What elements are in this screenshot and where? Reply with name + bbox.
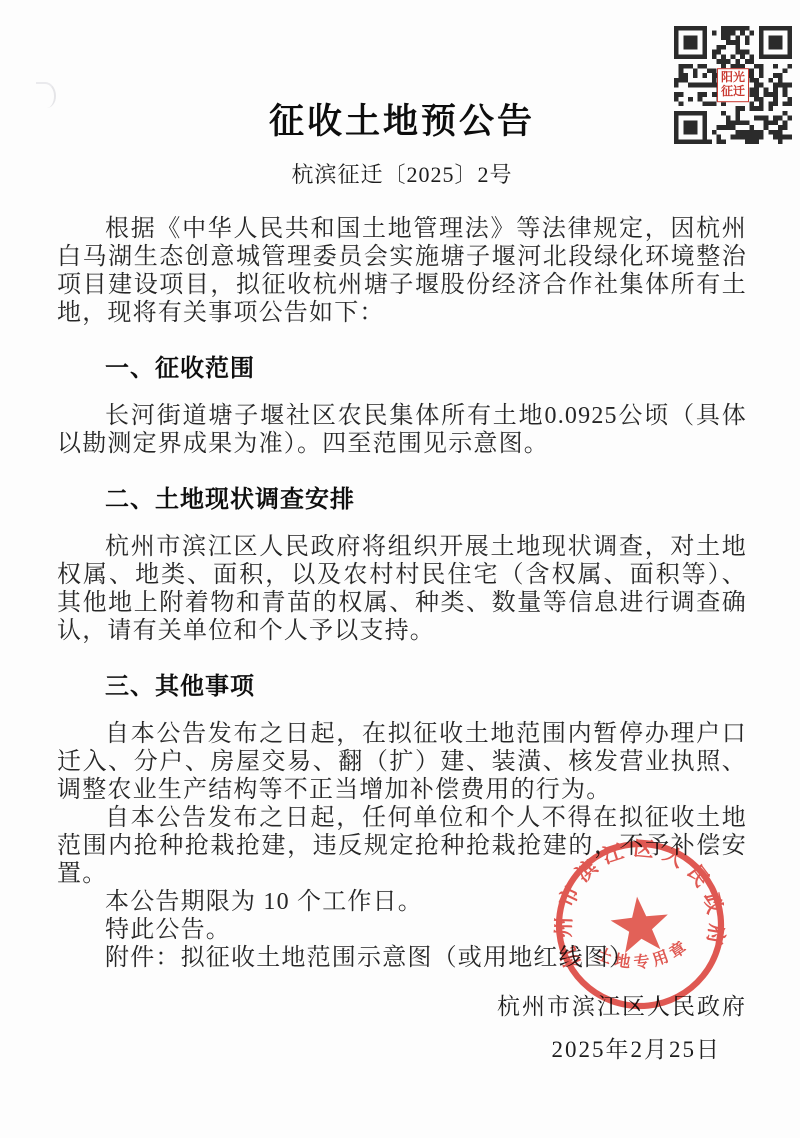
section-2-heading: 二、土地现状调查安排 <box>57 479 747 514</box>
section-1-paragraph: 长河街道塘子堰社区农民集体所有土地0.0925公顷（具体以勘测定界成果为准）。四… <box>57 402 747 458</box>
qr-label-line1: 阳光 <box>721 71 745 85</box>
document-title: 征收土地预公告 <box>57 94 747 144</box>
attachment-line: 附件：拟征收土地范围示意图（或用地红线图） <box>57 944 747 972</box>
document-number: 杭滨征迁〔2025〕2号 <box>57 158 747 189</box>
notice-period-line: 本公告期限为 10 个工作日。 <box>57 888 747 916</box>
scan-artifact-mark <box>36 82 56 108</box>
section-1-heading: 一、征收范围 <box>57 348 747 383</box>
issue-date: 2025年2月25日 <box>57 1031 721 1064</box>
document-content: 征收土地预公告 杭滨征迁〔2025〕2号 根据《中华人民共和国土地管理法》等法律… <box>57 94 747 1064</box>
section-3-paragraph-1: 自本公告发布之日起，在拟征收土地范围内暂停办理户口迁入、分户、房屋交易、翻（扩）… <box>57 720 747 804</box>
section-3-paragraph-2: 自本公告发布之日起，任何单位和个人不得在拟征收土地范围内抢种抢栽抢建，违反规定抢… <box>57 804 747 888</box>
section-3-heading: 三、其他事项 <box>57 666 747 701</box>
hereby-announced-line: 特此公告。 <box>57 916 747 944</box>
document-page: 阳光 征迁 征收土地预公告 杭滨征迁〔2025〕2号 根据《中华人民共和国土地管… <box>0 0 800 1138</box>
section-2-paragraph: 杭州市滨江区人民政府将组织开展土地现状调查，对土地权属、地类、面积，以及农村村民… <box>57 533 747 645</box>
issuing-authority-signature: 杭州市滨江区人民政府 <box>57 988 747 1021</box>
intro-paragraph: 根据《中华人民共和国土地管理法》等法律规定，因杭州白马湖生态创意城管理委员会实施… <box>57 215 747 327</box>
